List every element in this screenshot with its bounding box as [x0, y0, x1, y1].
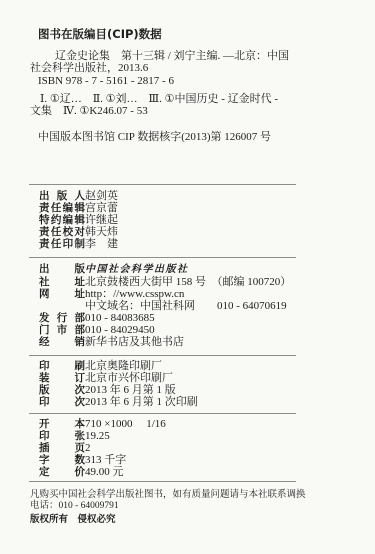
quality-notice: 凡购买中国社会科学出版社图书，如有质量问题请与本社联系调换	[30, 490, 375, 502]
colophon-row: 特约编辑 许继起	[0, 214, 375, 226]
row-label: 印刷	[39, 360, 85, 372]
colophon-row: 门市部 010 - 84029450	[0, 324, 375, 336]
colophon-row: 开本 710 ×1000 1/16	[0, 418, 375, 430]
isbn-line: ISBN 978 - 7 - 5161 - 2817 - 6	[38, 75, 375, 87]
colophon-row: 印刷 北京奥隆印刷厂	[0, 360, 375, 372]
publisher-group: 出版 中国社会科学出版社 社址 北京鼓楼西大街甲 158 号 （邮编 10072…	[0, 258, 375, 355]
row-value: 2013 年 6 月第 1 次印刷	[85, 396, 198, 408]
row-value: 710 ×1000 1/16	[85, 418, 166, 430]
colophon-row: 插页 2	[0, 442, 375, 454]
row-value: 2	[85, 442, 91, 454]
cip-title: 图书在版编目(CIP)数据	[38, 28, 375, 41]
colophon-row: 责任印制 李 建	[0, 238, 375, 250]
printing-group: 印刷 北京奥隆印刷厂 装订 北京市兴怀印刷厂 版次 2013 年 6 月第 1 …	[0, 356, 375, 412]
cip-classification-line1: Ⅰ. ①辽… Ⅱ. ①刘… Ⅲ. ①中国历史 - 辽金时代 -	[40, 93, 375, 105]
colophon-row: 发行部 010 - 84083685	[0, 312, 375, 324]
colophon-row: 定价 49.00 元	[0, 466, 375, 478]
row-value: 许继起	[85, 214, 118, 226]
row-value: 李 建	[85, 238, 118, 250]
website-url: http：//www.csspw.cn	[85, 288, 184, 300]
footer-block: 凡购买中国社会科学出版社图书，如有质量问题请与本社联系调换 电话：010 - 6…	[30, 490, 375, 526]
row-value: 赵剑英	[85, 190, 118, 202]
cip-entry-line1: 辽金史论集 第十三辑 / 刘宁主编. —北京：中国	[55, 50, 375, 62]
colophon-row: 版次 2013 年 6 月第 1 版	[0, 384, 375, 396]
row-label: 插页	[39, 442, 85, 454]
colophon-row: 装订 北京市兴怀印刷厂	[0, 372, 375, 384]
row-label: 特约编辑	[39, 214, 85, 226]
colophon-row: 印次 2013 年 6 月第 1 次印刷	[0, 396, 375, 408]
row-value: 中文域名：中国社科网 010 - 64070619	[85, 300, 287, 312]
row-label: 字数	[39, 454, 85, 466]
row-label: 印次	[39, 396, 85, 408]
row-label: 责任校对	[39, 226, 85, 238]
service-phone: 电话：010 - 64009791	[30, 501, 375, 513]
row-label: 出版	[39, 263, 85, 275]
row-value: 新华书店及其他书店	[85, 336, 184, 348]
colophon-row: 网址 http：//www.csspw.cn	[0, 288, 375, 300]
specs-group: 开本 710 ×1000 1/16 印张 19.25 插页 2 字数 313 千…	[0, 414, 375, 481]
colophon-row: 社址 北京鼓楼西大街甲 158 号 （邮编 100720）	[0, 276, 375, 288]
colophon-row: 印张 19.25	[0, 430, 375, 442]
row-value: 2013 年 6 月第 1 版	[85, 384, 176, 396]
cip-block: 图书在版编目(CIP)数据 辽金史论集 第十三辑 / 刘宁主编. —北京：中国 …	[0, 28, 375, 143]
row-label: 经销	[39, 336, 85, 348]
editors-group: 出版人 赵剑英 责任编辑 宫京蕾 特约编辑 许继起 责任校对 韩天炜 责任印制 …	[0, 185, 375, 257]
row-value: 313 千字	[85, 454, 126, 466]
copyright-notice: 版权所有 侵权必究	[30, 514, 375, 526]
colophon-row: 经销 新华书店及其他书店	[0, 336, 375, 348]
row-label: 门市部	[39, 324, 85, 336]
row-label: 社址	[39, 276, 85, 288]
row-value: 010 - 84083685	[85, 312, 155, 324]
row-label: 装订	[39, 372, 85, 384]
colophon-row: 出版 中国社会科学出版社	[0, 263, 375, 275]
row-value: 韩天炜	[85, 226, 118, 238]
row-label: 出版人	[39, 190, 85, 202]
row-label: 定价	[39, 466, 85, 478]
row-value: 北京奥隆印刷厂	[85, 360, 162, 372]
colophon-row: 出版人 赵剑英	[0, 190, 375, 202]
row-value: 北京鼓楼西大街甲 158 号 （邮编 100720）	[85, 276, 291, 288]
colophon-row: 责任校对 韩天炜	[0, 226, 375, 238]
cip-record-number: 中国版本图书馆 CIP 数据核字(2013)第 126007 号	[38, 131, 375, 143]
row-value: 010 - 84029450	[85, 324, 155, 336]
divider-rule-5	[29, 481, 296, 482]
colophon-row: 字数 313 千字	[0, 454, 375, 466]
colophon-row: 责任编辑 宫京蕾	[0, 202, 375, 214]
cip-entry-line2: 社会科学出版社，2013.6	[30, 62, 375, 74]
row-label: 网址	[39, 288, 85, 300]
row-label: 责任印制	[39, 238, 85, 250]
row-label: 版次	[39, 384, 85, 396]
colophon-row: 中文域名：中国社科网 010 - 64070619	[0, 300, 375, 312]
cip-classification-line2: 文集 Ⅳ. ①K246.07 - 53	[30, 105, 375, 117]
row-label: 责任编辑	[39, 202, 85, 214]
row-label: 开本	[39, 418, 85, 430]
row-value: 49.00 元	[85, 466, 124, 478]
row-value: 19.25	[85, 430, 110, 442]
colophon-page: 图书在版编目(CIP)数据 辽金史论集 第十三辑 / 刘宁主编. —北京：中国 …	[0, 0, 375, 554]
row-value: 宫京蕾	[85, 202, 118, 214]
row-label: 发行部	[39, 312, 85, 324]
row-value: 北京市兴怀印刷厂	[85, 372, 173, 384]
row-label: 印张	[39, 430, 85, 442]
